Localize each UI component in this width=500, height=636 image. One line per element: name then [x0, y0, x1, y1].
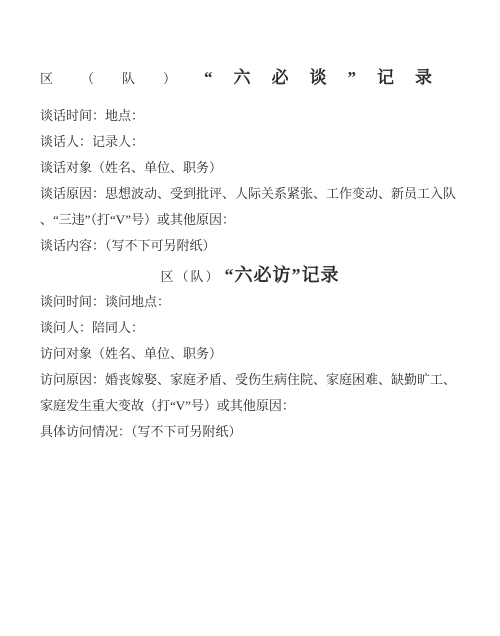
talk-reason-line-2: 、“三违”（打“V”号）或其他原因：	[40, 207, 460, 233]
talk-record-section: 谈话时间：地点： 谈话人：记录人： 谈话对象（姓名、单位、职务） 谈话原因：思想…	[40, 103, 460, 259]
visit-detail-line: 具体访问情况：（写不下可另附纸）	[40, 419, 460, 445]
talk-content-line: 谈话内容：（写不下可另附纸）	[40, 233, 460, 259]
visit-time-place-line: 谈问时间：谈问地点：	[40, 289, 460, 315]
talk-reason-line-1: 谈话原因：思想波动、受到批评、人际关系紧张、工作变动、新员工入队	[40, 181, 460, 207]
visit-record-section: 谈问时间：谈问地点： 谈问人：陪同人： 访问对象（姓名、单位、职务） 访问原因：…	[40, 289, 460, 445]
talk-record-title-main: “六必谈”记录	[204, 68, 453, 87]
talk-person-recorder-line: 谈话人：记录人：	[40, 129, 460, 155]
visit-record-title-main: “六必访”记录	[225, 265, 340, 285]
visit-target-line: 访问对象（姓名、单位、职务）	[40, 341, 460, 367]
talk-time-place-line: 谈话时间：地点：	[40, 103, 460, 129]
visit-reason-line-2: 家庭发生重大变故（打“V”号）或其他原因：	[40, 393, 460, 419]
talk-record-title: 区（队）“六必谈”记录	[40, 57, 460, 87]
visit-record-title-prefix: 区（队）	[160, 269, 220, 284]
document-page: 区（队）“六必谈”记录 谈话时间：地点： 谈话人：记录人： 谈话对象（姓名、单位…	[0, 0, 500, 636]
visit-record-title: 区（队）“六必访”记录	[40, 259, 460, 289]
talk-target-line: 谈话对象（姓名、单位、职务）	[40, 155, 460, 181]
visit-person-companion-line: 谈问人：陪同人：	[40, 315, 460, 341]
talk-record-title-prefix: 区（队）	[40, 71, 204, 86]
visit-reason-line-1: 访问原因：婚丧嫁娶、家庭矛盾、受伤生病住院、家庭困难、缺勤旷工、	[40, 367, 460, 393]
